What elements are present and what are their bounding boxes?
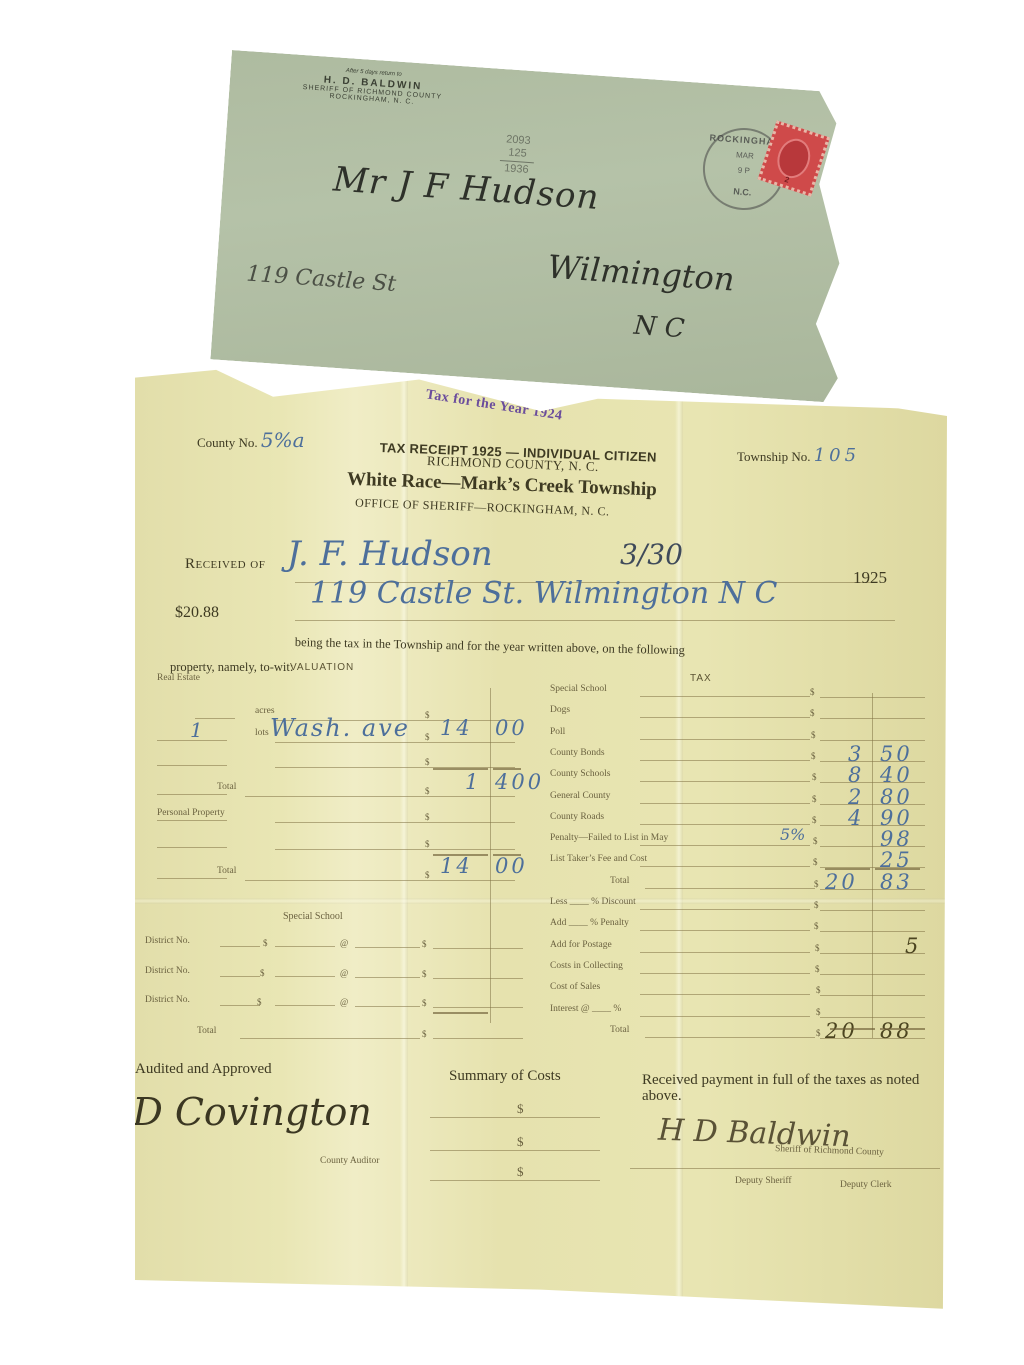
dollar-sign: $ [816, 985, 821, 995]
summary-dollar: $ [517, 1134, 524, 1150]
dollar-sign: $ [814, 900, 819, 910]
dollar-sign: $ [425, 786, 430, 796]
rule-line [245, 796, 515, 797]
total-rule [830, 1028, 875, 1030]
dollar-sign: $ [422, 998, 427, 1008]
tax-cents: 83 [880, 870, 913, 894]
rule-line [640, 994, 810, 995]
rule-line [820, 931, 925, 932]
rule-line [640, 717, 810, 718]
tax-cents: 40 [880, 763, 913, 787]
dollar-sign: $ [425, 710, 430, 720]
valuation-label: lots [255, 728, 269, 738]
fold-crease [135, 898, 947, 904]
dollar-sign: $ [814, 921, 819, 931]
total-rule [493, 854, 521, 856]
tax-dollars: 8 [848, 763, 864, 787]
valuation-cents: 400 [495, 770, 544, 794]
rule-line [820, 718, 925, 719]
receipt-year: 1925 [853, 568, 887, 588]
rule-line [640, 760, 810, 761]
rule-line [157, 878, 227, 879]
rule-line [640, 866, 810, 867]
school-label: District No. [145, 966, 190, 976]
penalty-note: 5% [780, 825, 805, 844]
county-label: County No. [197, 435, 258, 450]
rule-line [820, 995, 925, 996]
rule-line [433, 1007, 523, 1008]
dollar-sign: $ [812, 815, 817, 825]
rule-line [240, 1038, 420, 1039]
rule-line [157, 820, 227, 821]
rule-line [640, 973, 810, 974]
rule-line [157, 765, 227, 766]
rule-line [157, 847, 227, 848]
return-address: After 5 days return to H. D. BALDWIN SHE… [257, 62, 489, 111]
dollar-sign: $ [257, 997, 262, 1007]
rule-line [275, 946, 335, 947]
rule-line [245, 880, 515, 881]
tax-label: General County [550, 791, 610, 801]
dollar-sign: $ [811, 730, 816, 740]
tax-label: Dogs [550, 705, 570, 715]
dollar-sign: $ [816, 1007, 821, 1017]
school-label: Total [197, 1026, 216, 1036]
at-sign: @ [340, 968, 348, 978]
total-rule [493, 768, 521, 770]
valuation-dollars: 14 [440, 854, 473, 878]
rule-line [430, 1117, 600, 1118]
tax-label: Total [610, 1025, 629, 1035]
rule-line [430, 1180, 600, 1181]
rule-line [645, 888, 815, 889]
rule-line [820, 974, 925, 975]
tax-receipt: Tax for the Year 1924 County No. 5%a Tow… [135, 368, 947, 1328]
addressee-state: N C [633, 311, 686, 344]
rule-line [220, 946, 260, 947]
rule-line [645, 1037, 815, 1038]
dollar-sign: $ [260, 968, 265, 978]
tax-label: Cost of Sales [550, 982, 600, 992]
receipt-description: being the tax in the Township and for th… [295, 635, 935, 663]
township-value: 105 [814, 445, 860, 466]
auditor-signature: J D Covington [105, 1090, 372, 1134]
received-label: Received of [185, 556, 265, 573]
tax-label: Add ____ % Penalty [550, 918, 629, 928]
summary-dollar: $ [517, 1164, 524, 1180]
rule-line [355, 977, 420, 978]
pencil-note: 2093 [501, 133, 536, 148]
total-rule [880, 1028, 925, 1030]
dollar-sign: $ [813, 857, 818, 867]
dollar-sign: $ [425, 870, 430, 880]
total-rule [875, 868, 920, 870]
payer-address: 119 Castle St. Wilmington N C [310, 576, 777, 611]
valuation-dollars: 14 [440, 716, 473, 740]
total-rule [433, 854, 488, 856]
valuation-cents: 00 [495, 854, 528, 878]
tax-label: Less ____ % Discount [550, 897, 636, 907]
received-payment-text: Received payment in full of the taxes as… [642, 1072, 952, 1104]
valuation-label: Real Estate [157, 673, 200, 683]
at-sign: @ [340, 938, 348, 948]
tax-dollars: 20 [825, 870, 858, 894]
rule-line [355, 947, 420, 948]
total-rule [433, 1012, 488, 1014]
dollar-sign: $ [812, 794, 817, 804]
dollar-sign: $ [425, 839, 430, 849]
deputy-clerk-label: Deputy Clerk [840, 1180, 891, 1190]
rule-line [640, 696, 810, 697]
rule-line [220, 1005, 260, 1006]
tax-label: Total [610, 876, 629, 886]
school-label: District No. [145, 936, 190, 946]
dollar-sign: $ [816, 1028, 821, 1038]
tax-label: Special School [550, 684, 607, 694]
rule-line [275, 822, 515, 823]
school-label: District No. [145, 995, 190, 1005]
fold-crease [675, 368, 683, 1328]
tax-label: List Taker’s Fee and Cost [550, 854, 647, 864]
dollar-sign: $ [810, 708, 815, 718]
dollar-sign: $ [425, 732, 430, 742]
addressee-name: Mr J F Hudson [332, 159, 601, 218]
addressee-street: 119 Castle St [246, 262, 397, 297]
dollar-sign: $ [422, 1029, 427, 1039]
valuation-label: Total [217, 782, 236, 792]
rule-line [430, 1150, 600, 1151]
addressee-city: Wilmington [546, 248, 735, 299]
sheriff-title: Sheriff of Richmond County [775, 1144, 884, 1158]
rule-line [640, 1016, 810, 1017]
tax-dollars: 4 [848, 806, 864, 830]
summary-of-costs-label: Summary of Costs [449, 1068, 561, 1085]
dollar-sign: $ [422, 939, 427, 949]
dollar-sign: $ [815, 943, 820, 953]
rule-line [220, 976, 260, 977]
rule-line [820, 697, 925, 698]
rule-line [275, 742, 515, 743]
dollar-sign: $ [813, 836, 818, 846]
dollar-sign: $ [422, 969, 427, 979]
envelope: After 5 days return to H. D. BALDWIN SHE… [210, 50, 870, 404]
deputy-sheriff-label: Deputy Sheriff [735, 1176, 792, 1186]
year-stamp: Tax for the Year 1924 [425, 387, 564, 424]
rule-line [640, 930, 810, 931]
dollar-sign: $ [811, 751, 816, 761]
rule-line [640, 952, 810, 953]
valuation-label: Total [217, 866, 236, 876]
tax-label: Poll [550, 727, 565, 737]
receipt-office: OFFICE OF SHERIFF—ROCKINGHAM, N. C. [355, 496, 610, 520]
total-rule [825, 868, 870, 870]
tax-label: Interest @ ____ % [550, 1004, 621, 1014]
rule-line [820, 910, 925, 911]
county-number: County No. 5%a [197, 428, 305, 452]
total-rule [433, 768, 488, 770]
rule-line [640, 803, 810, 804]
auditor-title: County Auditor [320, 1156, 379, 1166]
tax-cents: 88 [880, 1019, 913, 1043]
rule-line [157, 794, 227, 795]
tax-label: County Roads [550, 812, 604, 822]
tax-label: Costs in Collecting [550, 961, 623, 971]
dollar-sign: $ [812, 772, 817, 782]
dollar-sign: $ [425, 757, 430, 767]
rule-line [820, 740, 925, 741]
dollar-sign: $ [810, 687, 815, 697]
lot-quantity: 1 [190, 718, 203, 742]
payer-name: J. F. Hudson [287, 534, 493, 574]
dollar-sign: $ [263, 938, 268, 948]
tax-cents: 5 [905, 934, 921, 958]
dollar-sign: $ [425, 812, 430, 822]
pencil-note: 125 [500, 146, 535, 161]
lot-description: Wash. ave [270, 714, 410, 742]
township-label: Township No. [737, 449, 810, 464]
rule-line [640, 739, 810, 740]
rule-line [820, 1017, 925, 1018]
postmark-state: N.C. [703, 184, 782, 199]
rule-line [275, 1005, 335, 1006]
rule-line [275, 976, 335, 977]
township-number: Township No. 105 [737, 445, 860, 466]
valuation-dollars: 1 [465, 770, 481, 794]
valuation-heading: VALUATION [290, 662, 354, 673]
tax-label: Add for Postage [550, 940, 612, 950]
valuation-cents: 00 [495, 716, 528, 740]
rule-line [640, 909, 810, 910]
audited-label: Audited and Approved [135, 1061, 272, 1078]
valuation-label: Personal Property [157, 808, 225, 818]
rule-line [433, 1038, 523, 1039]
dollar-sign: $ [815, 964, 820, 974]
rule-line [640, 845, 810, 846]
tax-dollars: 20 [825, 1019, 858, 1043]
at-sign: @ [340, 997, 348, 1007]
tax-label: Penalty—Failed to List in May [550, 833, 668, 843]
rule-line [640, 781, 810, 782]
rule-line [275, 849, 515, 850]
tax-heading: TAX [690, 673, 712, 684]
receipt-amount: $20.88 [175, 604, 219, 622]
rule-line [433, 978, 523, 979]
tax-label: County Schools [550, 769, 610, 779]
summary-dollar: $ [517, 1101, 524, 1117]
tax-label: County Bonds [550, 748, 605, 758]
receipt-date: 3/30 [620, 538, 683, 571]
county-value: 5%a [261, 428, 305, 452]
rule-line [433, 948, 523, 949]
dollar-sign: $ [814, 879, 819, 889]
special-school-heading: Special School [283, 911, 343, 922]
rule-line [355, 1006, 420, 1007]
